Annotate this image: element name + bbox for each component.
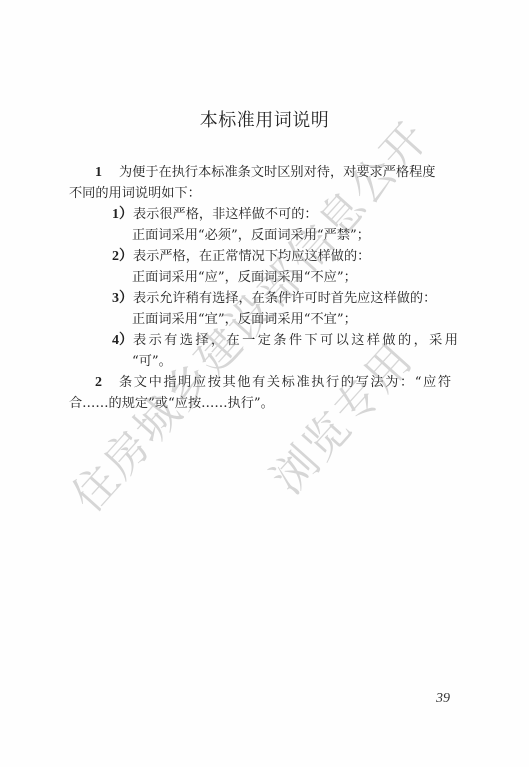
item-number: 1） <box>112 207 133 222</box>
item-number: 2） <box>112 249 133 264</box>
list-item-3: 3）表示允许稍有选择，在条件许可时首先应这样做的： <box>69 288 461 309</box>
item-text: 表示严格，在正常情况下均应这样做的： <box>133 249 370 264</box>
list-item-1-sub: 正面词采用“必须”，反面词采用“严禁”； <box>69 225 461 246</box>
item-number: 4） <box>112 333 133 348</box>
item-text: 表示有选择，在一定条件下可以这样做的，采用 <box>133 333 460 348</box>
item-text: 表示很严格，非这样做不可的： <box>133 207 318 222</box>
document-body: 1为便于在执行本标准条文时区别对待，对要求严格程度 不同的用词说明如下： 1）表… <box>69 162 461 414</box>
list-item-4-sub: “可”。 <box>69 351 461 372</box>
page-number: 39 <box>436 691 450 707</box>
document-page: 本标准用词说明 1为便于在执行本标准条文时区别对待，对要求严格程度 不同的用词说… <box>0 0 529 767</box>
list-item-2-sub: 正面词采用“应”，反面词采用“不应”； <box>69 267 461 288</box>
list-item-1: 1）表示很严格，非这样做不可的： <box>69 204 461 225</box>
list-item-4: 4）表示有选择，在一定条件下可以这样做的，采用 <box>69 330 461 351</box>
clause-number: 2 <box>95 372 119 393</box>
list-item-2: 2）表示严格，在正常情况下均应这样做的： <box>69 246 461 267</box>
clause-text: 条文中指明应按其他有关标准执行的写法为：“应符 <box>119 375 453 390</box>
clause-2-line-2: 合……的规定”或“应按……执行”。 <box>69 393 461 414</box>
clause-1-line-2: 不同的用词说明如下： <box>69 183 461 204</box>
clause-text: 为便于在执行本标准条文时区别对待，对要求严格程度 <box>119 165 436 180</box>
item-number: 3） <box>112 291 133 306</box>
page-title: 本标准用词说明 <box>0 106 529 132</box>
clause-1-line-1: 1为便于在执行本标准条文时区别对待，对要求严格程度 <box>69 162 461 183</box>
clause-2-line-1: 2条文中指明应按其他有关标准执行的写法为：“应符 <box>69 372 461 393</box>
clause-number: 1 <box>95 162 119 183</box>
item-text: 表示允许稍有选择，在条件许可时首先应这样做的： <box>133 291 436 306</box>
list-item-3-sub: 正面词采用“宜”，反面词采用“不宜”； <box>69 309 461 330</box>
